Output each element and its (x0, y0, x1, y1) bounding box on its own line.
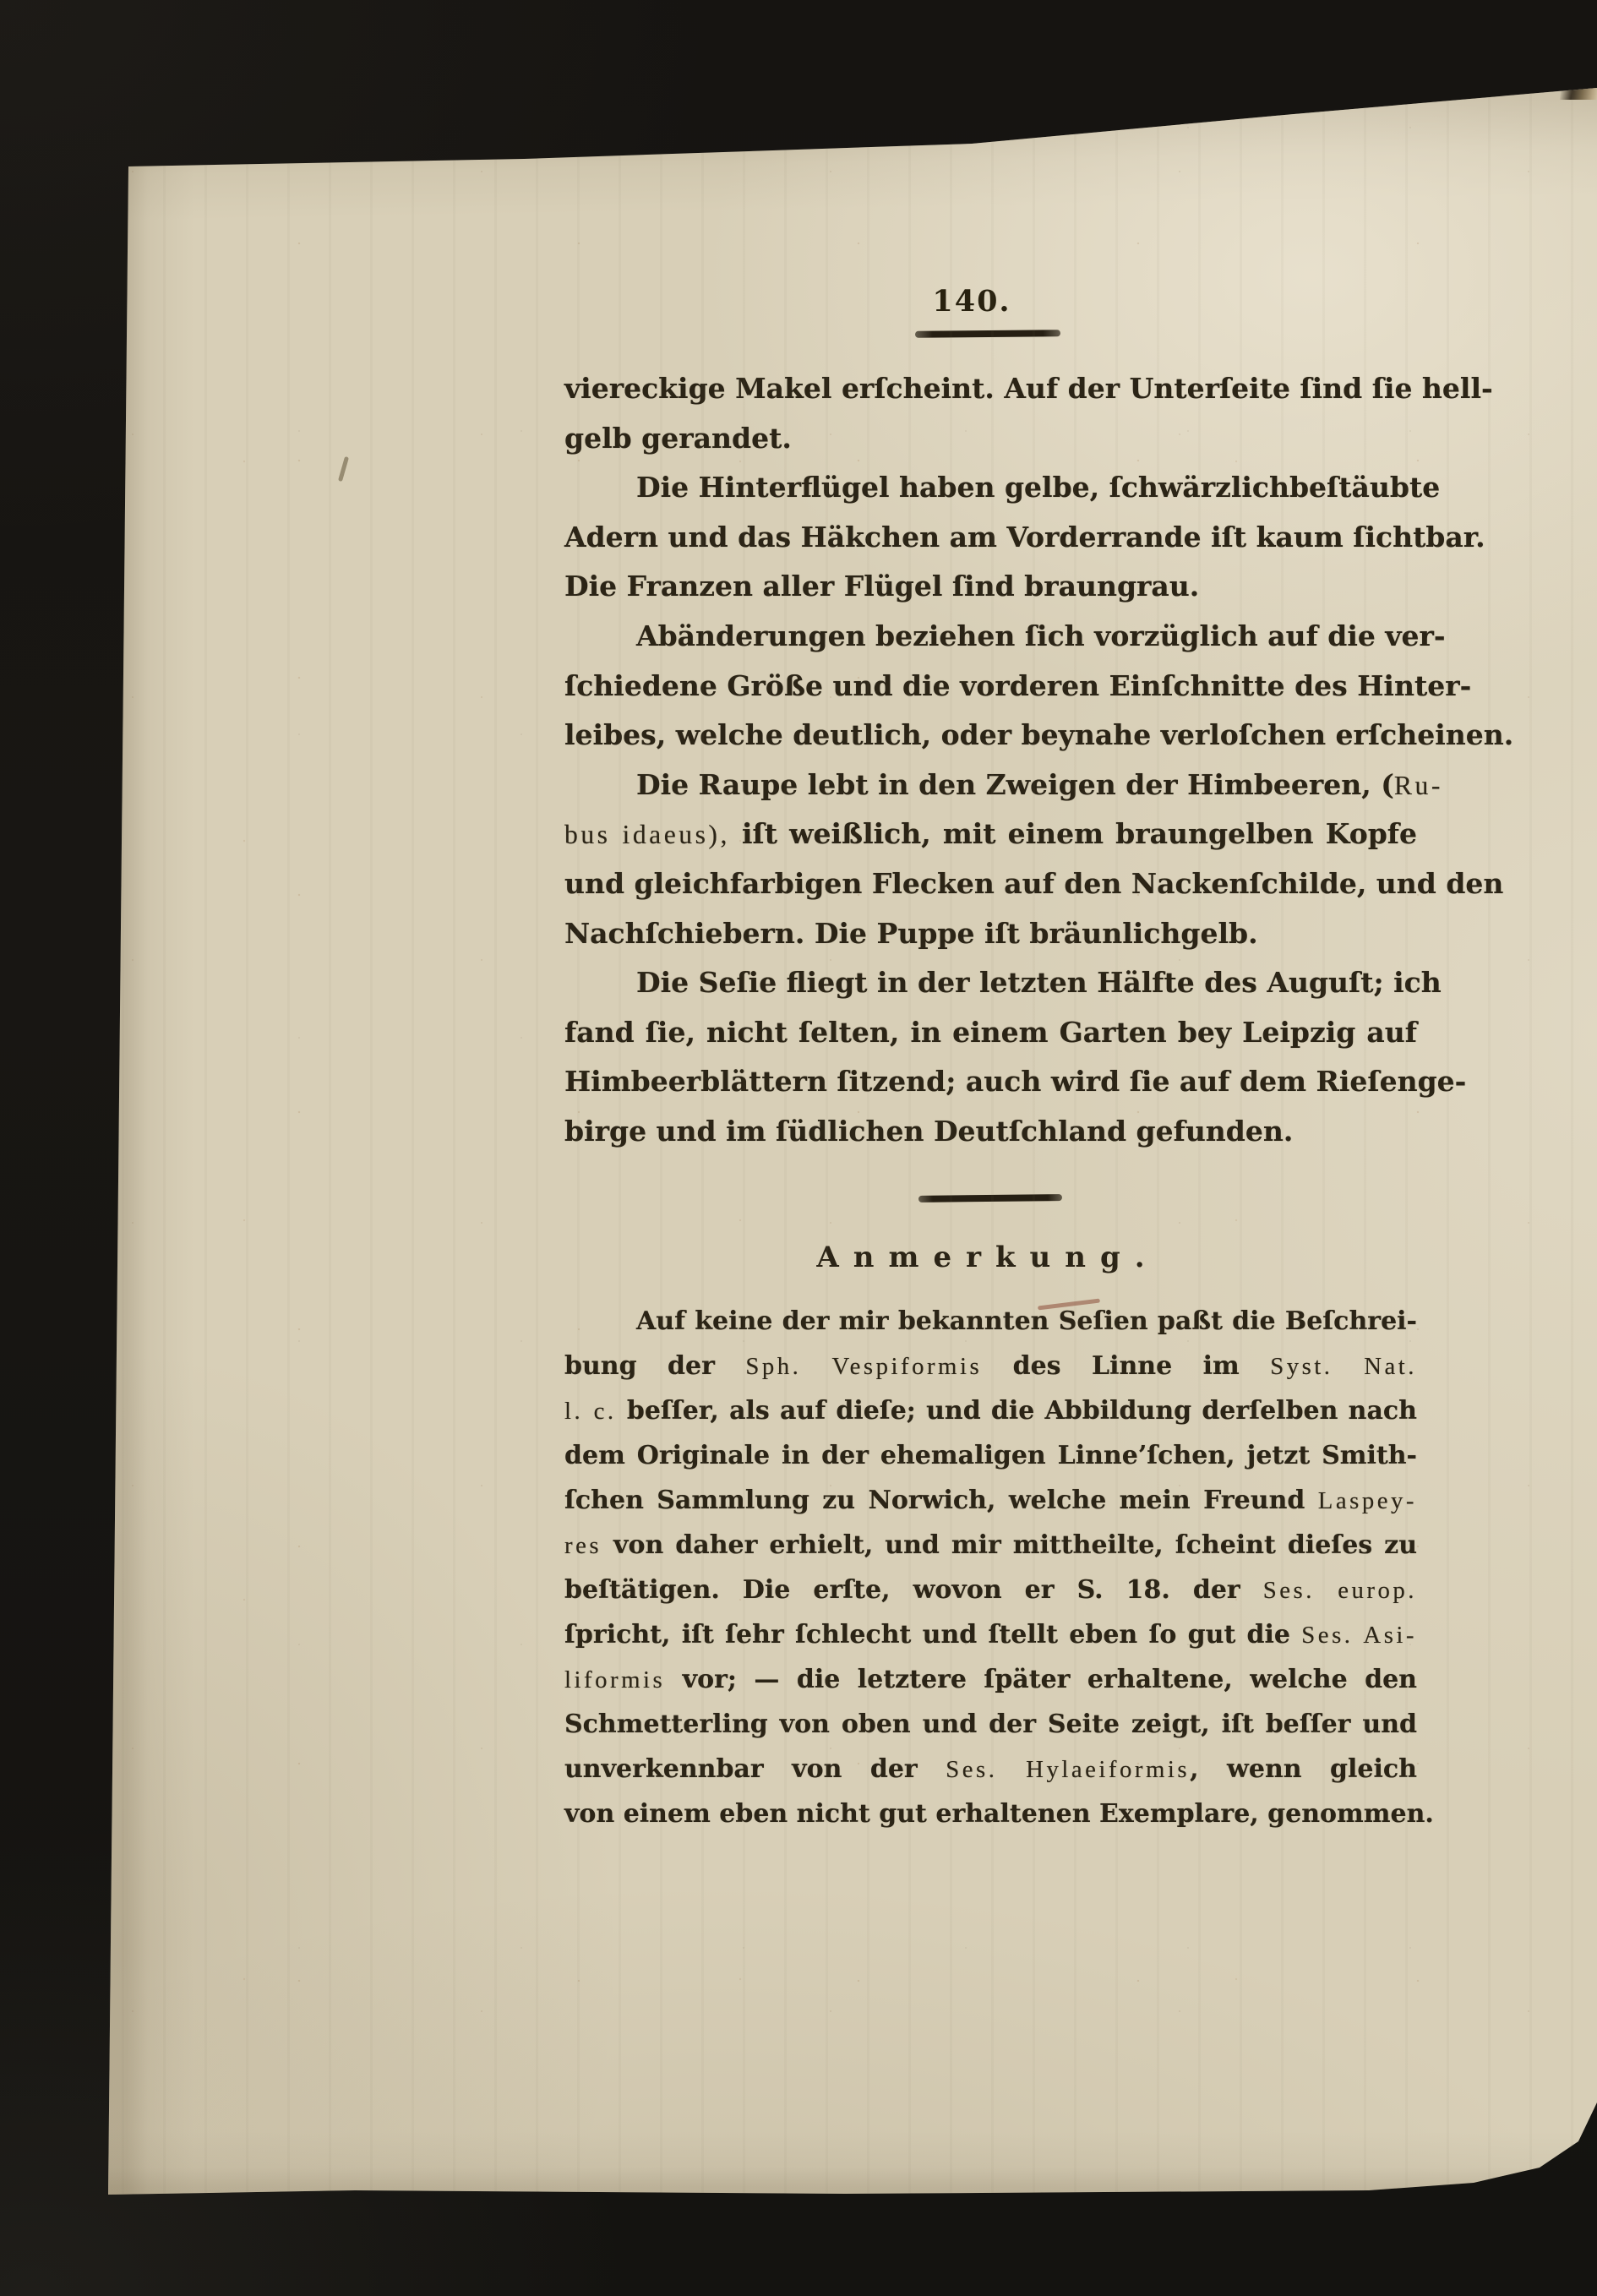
anmerkung-text-block: Auf keine der mir bekannten Seſien paßt … (564, 1299, 1417, 1836)
page-number: 140. (544, 284, 1399, 319)
fraktur-text-segment: dem Originale in der ehemaligen Linne’ſc… (564, 1441, 1417, 1470)
fraktur-text-segment: Die Franzen aller Flügel ſind braungrau. (564, 570, 1199, 603)
text-line: bung der Sph. Vespiformis des Linne im S… (564, 1344, 1417, 1388)
text-line: bus idaeus), iſt weißlich, mit einem bra… (564, 810, 1417, 859)
antiqua-text-segment: Ses. Asi- (1301, 1622, 1417, 1649)
fraktur-text-segment: Schmetterling von oben und der Seite zei… (564, 1710, 1417, 1739)
fraktur-text-segment: ſchiedene Größe und die vorderen Einſchn… (564, 669, 1471, 702)
fraktur-text-segment: unverkennbar von der (564, 1754, 946, 1784)
fraktur-text-segment: beſtätigen. Die erſte, wovon er S. 18. d… (564, 1575, 1263, 1605)
fraktur-text-segment: viereckige Makel erſcheint. Auf der Unte… (564, 372, 1493, 405)
fraktur-text-segment: ſchen Sammlung zu Norwich, welche mein F… (564, 1486, 1318, 1515)
page-number-rule (915, 330, 1060, 338)
text-line: Himbeerblättern ſitzend; auch wird ſie a… (564, 1057, 1417, 1107)
text-line: und gleichfarbigen Flecken auf den Nacke… (564, 859, 1417, 909)
antiqua-text-segment: Ru- (1394, 771, 1443, 800)
fraktur-text-segment: Adern und das Häkchen am Vorderrande iſt… (564, 521, 1485, 554)
text-line: l. c. beſſer, als auf dieſe; und die Abb… (564, 1388, 1417, 1433)
antiqua-text-segment: Sph. Vespiformis (745, 1353, 982, 1380)
fraktur-text-segment: leibes, welche deutlich, oder beynahe ve… (564, 718, 1513, 751)
antiqua-text-segment: res (564, 1532, 602, 1559)
text-line: unverkennbar von der Ses. Hylaeiformis, … (564, 1747, 1417, 1792)
text-line: beſtätigen. Die erſte, wovon er S. 18. d… (564, 1568, 1417, 1612)
text-line: Die Hinterflügel haben gelbe, ſchwärzlic… (564, 463, 1417, 513)
fraktur-text-segment: des Linne im (982, 1351, 1270, 1381)
text-line: Die Seſie fliegt in der letzten Hälfte d… (564, 958, 1417, 1008)
antiqua-text-segment: Ses. europ. (1263, 1577, 1417, 1604)
fraktur-text-segment: Die Raupe lebt in den Zweigen der Himbee… (636, 768, 1394, 801)
text-line: dem Originale in der ehemaligen Linne’ſc… (564, 1433, 1417, 1478)
text-line: Schmetterling von oben und der Seite zei… (564, 1702, 1417, 1747)
fraktur-text-segment: iſt weißlich, mit einem braungelben Kopf… (730, 817, 1417, 850)
text-line: Abänderungen beziehen ſich vorzüglich au… (564, 612, 1417, 662)
text-line: ſpricht, iſt ſehr ſchlecht und ſtellt eb… (564, 1612, 1417, 1657)
text-line: von einem eben nicht gut erhaltenen Exem… (564, 1792, 1417, 1836)
text-line: viereckige Makel erſcheint. Auf der Unte… (564, 364, 1417, 414)
text-line: liformis vor; — die letztere ſpäter erha… (564, 1657, 1417, 1702)
text-line: Adern und das Häkchen am Vorderrande iſt… (564, 513, 1417, 563)
fraktur-text-segment: bung der (564, 1351, 745, 1381)
text-line: gelb gerandet. (564, 414, 1417, 464)
text-line: ſchen Sammlung zu Norwich, welche mein F… (564, 1478, 1417, 1523)
fraktur-text-segment: Die Hinterflügel haben gelbe, ſchwärzlic… (636, 471, 1440, 504)
fraktur-text-segment: gelb gerandet. (564, 422, 792, 455)
fraktur-text-segment: Himbeerblättern ſitzend; auch wird ſie a… (564, 1065, 1466, 1098)
text-line: Die Raupe lebt in den Zweigen der Himbee… (564, 761, 1417, 810)
antiqua-text-segment: Syst. Nat. (1270, 1353, 1417, 1380)
antiqua-text-segment: liformis (564, 1666, 665, 1693)
antiqua-text-segment: l. c. (564, 1398, 617, 1425)
fraktur-text-segment: ſpricht, iſt ſehr ſchlecht und ſtellt eb… (564, 1620, 1301, 1650)
fraktur-text-segment: von daher erhielt, und mir mittheilte, ſ… (602, 1530, 1417, 1560)
text-line: Die Franzen aller Flügel ſind braungrau. (564, 562, 1417, 612)
antiqua-text-segment: Ses. Hylaeiformis (946, 1756, 1190, 1783)
page-curl-edge (1560, 0, 1597, 100)
book-page-paper: 140. viereckige Makel erſcheint. Auf der… (0, 0, 1597, 2296)
fraktur-text-segment: vor; — die letztere ſpäter erhaltene, we… (665, 1665, 1417, 1694)
antiqua-text-segment: bus idaeus), (564, 820, 730, 849)
scanned-book-page: 140. viereckige Makel erſcheint. Auf der… (0, 0, 1597, 2296)
foxing-mark (338, 456, 349, 482)
fraktur-text-segment: birge und im ſüdlichen Deutſchland gefun… (564, 1115, 1293, 1148)
section-divider-rule (918, 1194, 1062, 1203)
fraktur-text-segment: , wenn gleich (1190, 1754, 1417, 1784)
text-line: res von daher erhielt, und mir mittheilt… (564, 1523, 1417, 1568)
fraktur-text-segment: Abänderungen beziehen ſich vorzüglich au… (636, 619, 1446, 652)
text-line: ſchiedene Größe und die vorderen Einſchn… (564, 662, 1417, 712)
text-line: Auf keine der mir bekannten Seſien paßt … (564, 1299, 1417, 1344)
text-line: leibes, welche deutlich, oder beynahe ve… (564, 711, 1417, 761)
antiqua-text-segment: Laspey- (1318, 1487, 1417, 1514)
fraktur-text-segment: Auf keine der mir bekannten Seſien paßt … (636, 1306, 1417, 1336)
fraktur-text-segment: beſſer, als auf dieſe; und die Abbildung… (617, 1396, 1417, 1426)
main-text-block: viereckige Makel erſcheint. Auf der Unte… (564, 364, 1417, 1157)
fraktur-text-segment: fand ſie, nicht ſelten, in einem Garten … (564, 1016, 1417, 1049)
text-line: fand ſie, nicht ſelten, in einem Garten … (564, 1008, 1417, 1058)
fraktur-text-segment: und gleichfarbigen Flecken auf den Nacke… (564, 867, 1503, 900)
anmerkung-heading: Anmerkung. (560, 1241, 1415, 1274)
fraktur-text-segment: Nachſchiebern. Die Puppe iſt bräunlichge… (564, 917, 1258, 950)
text-line: Nachſchiebern. Die Puppe iſt bräunlichge… (564, 909, 1417, 959)
fraktur-text-segment: Die Seſie fliegt in der letzten Hälfte d… (636, 966, 1442, 999)
text-line: birge und im ſüdlichen Deutſchland gefun… (564, 1107, 1417, 1157)
fraktur-text-segment: von einem eben nicht gut erhaltenen Exem… (564, 1799, 1434, 1829)
